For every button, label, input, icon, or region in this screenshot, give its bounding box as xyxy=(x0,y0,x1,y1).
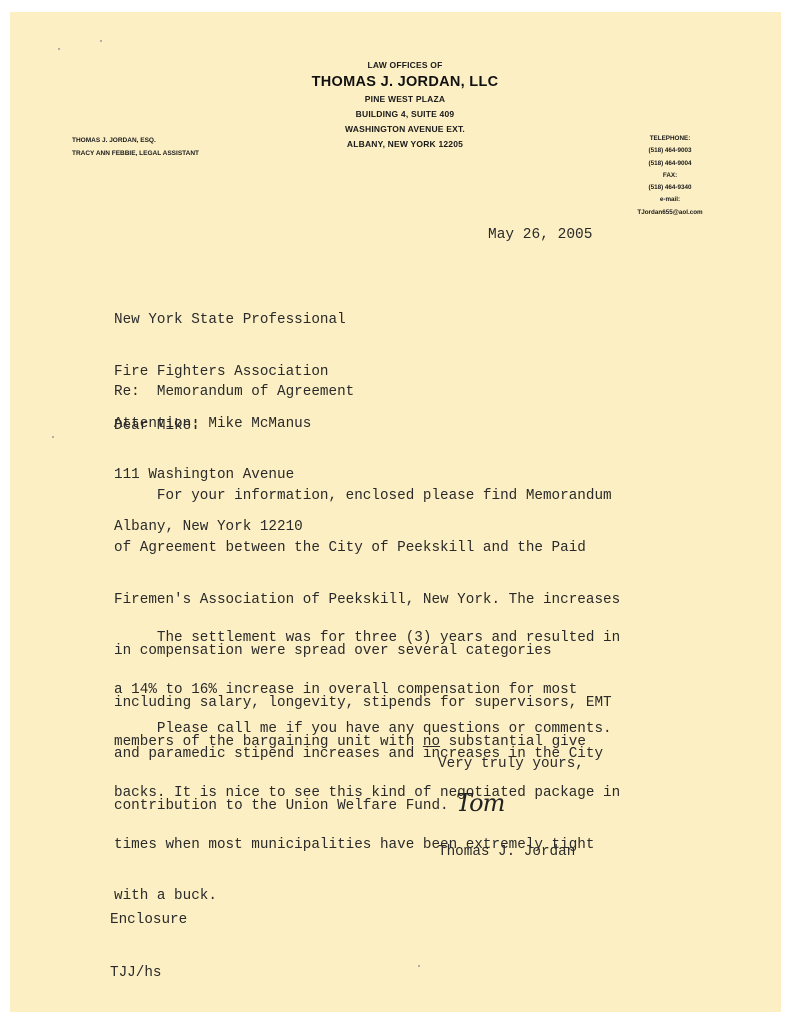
recipient-line: New York State Professional xyxy=(114,312,346,329)
fax-label: FAX: xyxy=(600,170,740,182)
address-line: ALBANY, NEW YORK 12205 xyxy=(290,137,520,152)
letterhead-contact: TELEPHONE: (518) 464-9003 (518) 464-9004… xyxy=(600,133,740,219)
letter-date: May 26, 2005 xyxy=(488,227,592,243)
body-line: of Agreement between the City of Peekski… xyxy=(114,540,620,557)
telephone-label: TELEPHONE: xyxy=(600,133,740,145)
letterhead-pre-title: LAW OFFICES OF xyxy=(290,58,520,73)
scan-speck xyxy=(418,965,420,967)
firm-name: THOMAS J. JORDAN, LLC xyxy=(290,73,520,92)
address-line: PINE WEST PLAZA xyxy=(290,92,520,107)
address-line: WASHINGTON AVENUE EXT. xyxy=(290,122,520,137)
subject-line: Re: Memorandum of Agreement xyxy=(114,384,354,401)
scan-speck xyxy=(52,436,54,438)
scan-speck xyxy=(58,48,60,50)
body-line: For your information, enclosed please fi… xyxy=(114,488,620,505)
body-line: backs. It is nice to see this kind of ne… xyxy=(114,785,620,802)
body-line: with a buck. xyxy=(114,888,620,905)
email-address: TJordan655@aol.com xyxy=(600,207,740,219)
signer-name: Thomas J. Jordan xyxy=(438,844,575,860)
paragraph-3: Please call me if you have any questions… xyxy=(114,721,612,738)
recipient-line: Fire Fighters Association xyxy=(114,364,346,381)
handwritten-signature: Tom xyxy=(456,789,504,817)
enclosure-note: Enclosure xyxy=(110,912,187,930)
telephone-number: (518) 464-9004 xyxy=(600,158,740,170)
scan-speck xyxy=(100,40,102,42)
body-line: The settlement was for three (3) years a… xyxy=(114,630,620,647)
enclosure-block: Enclosure TJJ/hs xyxy=(110,877,187,1000)
closing: Very truly yours, xyxy=(438,756,584,772)
address-line: BUILDING 4, SUITE 409 xyxy=(290,107,520,122)
typist-initials: TJJ/hs xyxy=(110,965,187,983)
salutation: Dear Mike: xyxy=(114,418,200,435)
fax-number: (518) 464-9340 xyxy=(600,182,740,194)
staff-attorney: THOMAS J. JORDAN, ESQ. xyxy=(72,135,199,148)
body-line: a 14% to 16% increase in overall compens… xyxy=(114,682,620,699)
staff-assistant: TRACY ANN FEBBIE, LEGAL ASSISTANT xyxy=(72,148,199,161)
letterhead-staff: THOMAS J. JORDAN, ESQ. TRACY ANN FEBBIE,… xyxy=(72,135,199,160)
letterhead: LAW OFFICES OF THOMAS J. JORDAN, LLC PIN… xyxy=(290,58,520,152)
telephone-number: (518) 464-9003 xyxy=(600,145,740,157)
email-label: e-mail: xyxy=(600,194,740,206)
